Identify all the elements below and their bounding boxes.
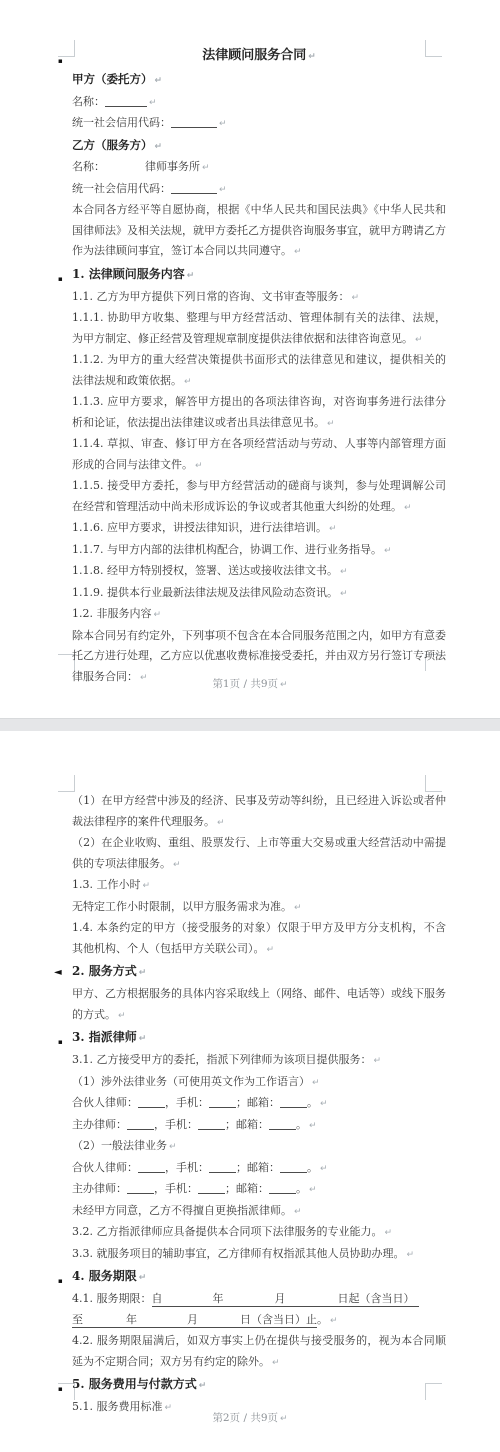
blank-field: [163, 1301, 213, 1302]
paragraph-mark-icon: ↵: [374, 1056, 382, 1066]
paragraph: （2）在企业收购、重组、股票发行、上市等重大交易或重大经营活动中需提供的专项法律…: [72, 833, 446, 875]
page-separator: [0, 718, 500, 731]
paragraph: 1.1.4. 草拟、审查、修订甲方在各项经营活动与劳动、人事等内部管理方面形成的…: [72, 434, 446, 476]
paragraph-mark-icon: ↵: [272, 1358, 280, 1368]
paragraph-mark-icon: ↵: [219, 119, 227, 129]
paragraph-mark-icon: ↵: [384, 546, 392, 556]
page-number-footer: 第1页 / 共9页↵: [0, 676, 500, 691]
text-run: （1）在甲方经营中涉及的经济、民事及劳动等纠纷，且已经进入诉讼或者仲裁法律程序的…: [72, 794, 446, 828]
text-run: 甲方、乙方根据服务的具体内容采取线上（网络、邮件、电话等）或线下服务的方式。: [72, 987, 446, 1021]
paragraph: 本合同各方经平等自愿协商，根据《中华人民共和国民法典》《中华人民共和国律师法》及…: [72, 200, 446, 263]
paragraph-mark-icon: ↵: [407, 1250, 415, 1260]
paragraph-mark-icon: ↵: [139, 1034, 147, 1044]
text-run: 名称：: [72, 95, 105, 108]
text-run: 未经甲方同意，乙方不得擅自更换指派律师。: [72, 1204, 292, 1217]
text-run: 除本合同另有约定外，下列事项不包含在本合同服务范围之内，如甲方有意委托乙方进行处…: [72, 629, 446, 683]
paragraph: 名称：↵: [72, 92, 446, 114]
paragraph-mark-icon: ↵: [385, 1228, 393, 1238]
text-run: 本合同各方经平等自愿协商，根据《中华人民共和国民法典》《中华人民共和国律师法》及…: [72, 203, 446, 257]
paragraph-mark-icon: ↵: [184, 377, 192, 387]
text-run: 2. 服务方式: [72, 964, 137, 978]
text-run: 1.1.7. 与甲方内部的法律机构配合，协调工作、进行业务指导。: [72, 543, 382, 556]
paragraph-mark-icon: ↵: [169, 1142, 177, 1152]
paragraph-mark-icon: ↵: [202, 163, 210, 173]
paragraph: （1）涉外法律业务（可使用英文作为工作语言）↵: [72, 1072, 446, 1094]
blank-field: [198, 1322, 240, 1323]
blank-field: [138, 1160, 165, 1173]
paragraph-mark-icon: ↵: [404, 503, 412, 513]
blank-field: [269, 1181, 296, 1194]
blank-field: [137, 1322, 187, 1323]
text-run: 3.2. 乙方指派律师应具备提供本合同项下法律服务的专业能力。: [72, 1225, 383, 1238]
margin-crop-mark: [425, 775, 442, 792]
text-run: 1.1.2. 为甲方的重大经营决策提供书面形式的法律意见和建议，提供相关的法律法…: [72, 353, 446, 387]
text-run: 合伙人律师：: [72, 1161, 138, 1174]
blank-field: [127, 1117, 154, 1130]
text-run: 统一社会信用代码：: [72, 116, 171, 129]
paragraph-mark-icon: ↵: [309, 1121, 317, 1131]
text-run: 。: [307, 1161, 318, 1174]
paragraph: （1）在甲方经营中涉及的经济、民事及劳动等纠纷，且已经进入诉讼或者仲裁法律程序的…: [72, 791, 446, 833]
paragraph: 甲方、乙方根据服务的具体内容采取线上（网络、邮件、电话等）或线下服务的方式。↵: [72, 984, 446, 1026]
paragraph-mark-icon: ↵: [294, 903, 302, 913]
text-run: 1.1. 乙方为甲方提供下列日常的咨询、文书审查等服务：: [72, 290, 350, 303]
underlined-fill-in: 自年月日起（含当日）: [152, 1292, 419, 1307]
text-run: ，手机：: [154, 1118, 198, 1131]
text-run: 名称：: [72, 160, 105, 173]
paragraph: 1.1.3. 应甲方要求，解答甲方提出的各项法律咨询，对咨询事务进行法律分析和论…: [72, 392, 446, 434]
text-run: 统一社会信用代码：: [72, 182, 171, 195]
text-run: （2）在企业收购、重组、股票发行、上市等重大交易或重大经营活动中需提供的专项法律…: [72, 836, 446, 870]
blank-field: [83, 1322, 126, 1323]
blank-field: [209, 1095, 236, 1108]
paragraph-mark-icon: ↵: [267, 945, 275, 955]
text-run: 律师事务所: [145, 160, 200, 173]
text-run: 法律顾问服务合同: [202, 48, 306, 63]
paragraph-mark-icon: ↵: [155, 142, 163, 152]
paragraph-mark-icon: ↵: [309, 1185, 317, 1195]
paragraph-mark-icon: ↵: [217, 818, 225, 828]
text-run: 1.1.9. 提供本行业最新法律法规及法律风险动态资讯。: [72, 586, 338, 599]
paragraph: 合伙人律师：，手机：；邮箱：。↵: [72, 1158, 446, 1180]
paragraph-mark-icon: ↵: [329, 524, 337, 534]
section-heading: ◄2. 服务方式↵: [72, 960, 446, 984]
paragraph-mark-icon: ↵: [195, 461, 203, 471]
page-number-text: 第2页 / 共9页: [212, 1412, 278, 1424]
blank-field: [105, 94, 147, 107]
text-run: ，手机：: [165, 1096, 209, 1109]
text-run: 3.1. 乙方接受甲方的委托，指派下列律师为该项目提供服务：: [72, 1053, 372, 1066]
text-run: 乙方（服务方）: [72, 138, 153, 152]
text-run: 无特定工作小时限制，以甲方服务需求为准。: [72, 900, 292, 913]
page-1: ▪法律顾问服务合同↵甲方（委托方）↵名称：↵统一社会信用代码：↵乙方（服务方）↵…: [0, 0, 500, 718]
text-run: 1.1.5. 接受甲方委托，参与甲方经营活动的磋商与谈判，参与处理调解公司在经营…: [72, 479, 446, 513]
blank-field: [198, 1117, 225, 1130]
paragraph: 1.1.1. 协助甲方收集、整理与甲方经营活动、管理体制有关的法律、法规，为甲方…: [72, 308, 446, 350]
blank-field: [280, 1160, 307, 1173]
outline-bullet-icon: ▪: [58, 275, 63, 282]
text-run: 1.1.1. 协助甲方收集、整理与甲方经营活动、管理体制有关的法律、法规，为甲方…: [72, 311, 446, 345]
outline-bullet-icon: ▪: [58, 1385, 63, 1392]
blank-field: [171, 181, 217, 194]
paragraph-mark-icon: ↵: [340, 589, 348, 599]
text-run: 5. 服务费用与付款方式: [72, 1377, 197, 1391]
paragraph: 3.2. 乙方指派律师应具备提供本合同项下法律服务的专业能力。↵: [72, 1222, 446, 1244]
paragraph-mark-icon: ↵: [294, 1207, 302, 1217]
blank-field: [209, 1160, 236, 1173]
paragraph: 1.1.8. 经甲方特别授权，签署、送达或接收法律文书。↵: [72, 561, 446, 583]
paragraph: 4.1. 服务期限：自年月日起（含当日）: [72, 1289, 446, 1310]
doc-title: ▪法律顾问服务合同↵: [72, 44, 446, 69]
blank-field: [415, 1301, 419, 1302]
paragraph-mark-icon: ↵: [308, 52, 316, 62]
text-run: ；邮箱：: [225, 1118, 269, 1131]
paragraph: 未经甲方同意，乙方不得擅自更换指派律师。↵: [72, 1201, 446, 1223]
page-number-footer: 第2页 / 共9页↵: [0, 1410, 500, 1425]
paragraph: 至年月日（含当日）止。↵: [72, 1310, 446, 1332]
text-run: （2）一般法律业务: [72, 1139, 167, 1152]
text-run: 4.1. 服务期限：: [72, 1292, 152, 1305]
paragraph-mark-icon: ↵: [219, 185, 227, 195]
paragraph-mark-icon: ↵: [139, 1273, 147, 1283]
blank-field: [127, 1181, 154, 1194]
blank-field: [280, 1095, 307, 1108]
text-run: 1.2. 非服务内容: [72, 607, 152, 620]
text-run: 。: [296, 1118, 307, 1131]
paragraph: 1.1.9. 提供本行业最新法律法规及法律风险动态资讯。↵: [72, 583, 446, 605]
blank-field: [269, 1117, 296, 1130]
paragraph: 1.1.5. 接受甲方委托，参与甲方经营活动的磋商与谈判，参与处理调解公司在经营…: [72, 476, 446, 518]
paragraph: 主办律师：，手机：；邮箱：。↵: [72, 1115, 446, 1137]
text-run: ；邮箱：: [236, 1161, 280, 1174]
paragraph-mark-icon: ↵: [320, 1099, 328, 1109]
paragraph: 名称：律师事务所↵: [72, 157, 446, 179]
text-run: 甲方（委托方）: [72, 72, 153, 86]
paragraph: 3.1. 乙方接受甲方的委托，指派下列律师为该项目提供服务：↵: [72, 1050, 446, 1072]
text-run: 合伙人律师：: [72, 1096, 138, 1109]
paragraph-mark-icon: ↵: [199, 1381, 207, 1391]
text-run: （1）涉外法律业务（可使用英文作为工作语言）: [72, 1075, 310, 1088]
collapse-arrow-icon: ◄: [54, 968, 62, 978]
text-run: 主办律师：: [72, 1118, 127, 1131]
paragraph-mark-icon: ↵: [139, 968, 147, 978]
paragraph-mark-icon: ↵: [118, 1011, 126, 1021]
paragraph: 无特定工作小时限制，以甲方服务需求为准。↵: [72, 897, 446, 919]
paragraph-mark-icon: ↵: [312, 1078, 320, 1088]
text-run: 4. 服务期限: [72, 1269, 137, 1283]
paragraph-mark-icon: ↵: [173, 860, 181, 870]
paragraph: 统一社会信用代码：↵: [72, 179, 446, 201]
paragraph-mark-icon: ↵: [327, 419, 335, 429]
paragraph: 1.1.7. 与甲方内部的法律机构配合，协调工作、进行业务指导。↵: [72, 540, 446, 562]
paragraph-mark-icon: ↵: [154, 610, 162, 620]
margin-crop-mark: [58, 775, 75, 792]
paragraph: 主办律师：，手机：；邮箱：。↵: [72, 1179, 446, 1201]
text-run: 1.1.3. 应甲方要求，解答甲方提出的各项法律咨询，对咨询事务进行法律分析和论…: [72, 395, 446, 429]
paragraph: 3.3. 就服务项目的辅助事宜，乙方律师有权指派其他人员协助办理。↵: [72, 1244, 446, 1266]
paragraph-mark-icon: ↵: [149, 98, 157, 108]
section-heading: ▪4. 服务期限↵: [72, 1265, 446, 1289]
outline-bullet-icon: ▪: [58, 1277, 63, 1284]
text-run: ，手机：: [165, 1161, 209, 1174]
blank-field: [198, 1181, 225, 1194]
text-run: 1.1.4. 草拟、审查、修订甲方在各项经营活动与劳动、人事等内部管理方面形成的…: [72, 437, 446, 471]
text-run: 。: [317, 1313, 328, 1326]
page-number-text: 第1页 / 共9页: [212, 678, 278, 690]
paragraph-mark-icon: ↵: [330, 1316, 338, 1326]
text-run: 4.2. 服务期限届满后，如双方事实上仍在提供与接受服务的，视为本合同顺延为不定…: [72, 1334, 446, 1368]
paragraph: 1.1. 乙方为甲方提供下列日常的咨询、文书审查等服务：↵: [72, 287, 446, 309]
paragraph-mark-icon: ↵: [155, 76, 163, 86]
text-run: 3.3. 就服务项目的辅助事宜，乙方律师有权指派其他人员协助办理。: [72, 1247, 405, 1260]
page-1-content: ▪法律顾问服务合同↵甲方（委托方）↵名称：↵统一社会信用代码：↵乙方（服务方）↵…: [72, 44, 446, 688]
text-run: 1. 法律顾问服务内容: [72, 267, 185, 281]
paragraph: 4.2. 服务期限届满后，如双方事实上仍在提供与接受服务的，视为本合同顺延为不定…: [72, 1331, 446, 1373]
blank-field: [171, 115, 217, 128]
blank-space: [105, 169, 145, 170]
paragraph: 1.4. 本条约定的甲方（接受服务的对象）仅限于甲方及甲方分支机构，不含其他机构…: [72, 918, 446, 960]
paragraph: （2）一般法律业务↵: [72, 1136, 446, 1158]
paragraph: 1.1.2. 为甲方的重大经营决策提供书面形式的法律意见和建议，提供相关的法律法…: [72, 350, 446, 392]
paragraph: 乙方（服务方）↵: [72, 135, 446, 158]
underlined-fill-in: 至年月日（含当日）止: [72, 1313, 317, 1328]
text-run: 。: [296, 1182, 307, 1195]
paragraph-mark-icon: ↵: [320, 1164, 328, 1174]
paragraph: 1.3. 工作小时↵: [72, 875, 446, 897]
text-run: 3. 指派律师: [72, 1030, 137, 1044]
text-run: 1.1.6. 应甲方要求，讲授法律知识，进行法律培训。: [72, 521, 327, 534]
text-run: ，手机：: [154, 1182, 198, 1195]
text-run: ；邮箱：: [225, 1182, 269, 1195]
paragraph-mark-icon: ↵: [340, 567, 348, 577]
section-heading: ▪3. 指派律师↵: [72, 1026, 446, 1050]
page-2: （1）在甲方经营中涉及的经济、民事及劳动等纠纷，且已经进入诉讼或者仲裁法律程序的…: [0, 731, 500, 1452]
text-run: 。: [307, 1096, 318, 1109]
blank-field: [224, 1301, 275, 1302]
paragraph-mark-icon: ↵: [187, 271, 195, 281]
text-run: 1.4. 本条约定的甲方（接受服务的对象）仅限于甲方及甲方分支机构，不含其他机构…: [72, 921, 446, 955]
outline-bullet-icon: ▪: [58, 1038, 63, 1045]
document-canvas: ▪法律顾问服务合同↵甲方（委托方）↵名称：↵统一社会信用代码：↵乙方（服务方）↵…: [0, 0, 500, 1452]
section-heading: ▪1. 法律顾问服务内容↵: [72, 263, 446, 287]
page-2-content: （1）在甲方经营中涉及的经济、民事及劳动等纠纷，且已经进入诉讼或者仲裁法律程序的…: [72, 791, 446, 1419]
text-run: ；邮箱：: [236, 1096, 280, 1109]
text-run: 主办律师：: [72, 1182, 127, 1195]
paragraph: 1.2. 非服务内容↵: [72, 604, 446, 626]
blank-field: [286, 1301, 338, 1302]
paragraph-mark-icon: ↵: [280, 1414, 288, 1424]
blank-field: [138, 1095, 165, 1108]
paragraph: 统一社会信用代码：↵: [72, 113, 446, 135]
paragraph-mark-icon: ↵: [352, 293, 360, 303]
paragraph-mark-icon: ↵: [143, 881, 151, 891]
text-run: 1.3. 工作小时: [72, 878, 141, 891]
paragraph: 1.1.6. 应甲方要求，讲授法律知识，进行法律培训。↵: [72, 518, 446, 540]
text-run: 1.1.8. 经甲方特别授权，签署、送达或接收法律文书。: [72, 564, 338, 577]
paragraph-mark-icon: ↵: [280, 680, 288, 690]
paragraph: 合伙人律师：，手机：；邮箱：。↵: [72, 1093, 446, 1115]
paragraph-mark-icon: ↵: [294, 247, 302, 257]
paragraph-mark-icon: ↵: [415, 335, 423, 345]
section-heading: ▪5. 服务费用与付款方式↵: [72, 1373, 446, 1397]
outline-bullet-icon: ▪: [58, 57, 63, 64]
paragraph: 甲方（委托方）↵: [72, 69, 446, 92]
